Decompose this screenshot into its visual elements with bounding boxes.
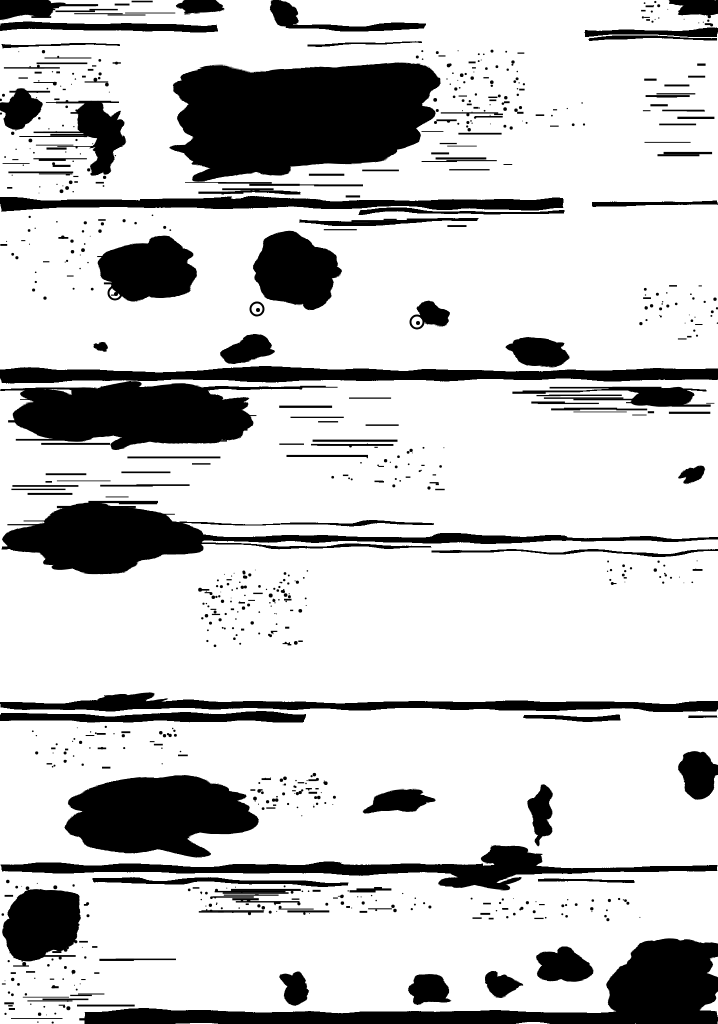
plank-seam <box>0 23 218 31</box>
plank-seam <box>524 715 620 719</box>
grunge-texture-image <box>0 0 718 1024</box>
plank-seam <box>538 880 636 883</box>
plank-seam <box>0 865 482 874</box>
plank-seam <box>165 536 566 542</box>
plank-seam <box>585 29 718 35</box>
plank-seam <box>308 44 424 46</box>
plank-seam <box>0 370 718 381</box>
plank-seam <box>566 537 718 541</box>
plank-seam <box>688 716 718 719</box>
plank-seam <box>0 200 565 209</box>
plank-seam <box>0 714 306 720</box>
plank-seam <box>300 219 480 223</box>
plank-seam <box>430 551 718 553</box>
plank-seam <box>595 202 718 207</box>
plank-seam <box>93 879 348 883</box>
ring-doodle-center <box>256 308 260 312</box>
plank-seam <box>283 24 424 30</box>
plank-seam <box>222 193 300 196</box>
plank-seam <box>590 37 718 40</box>
ring-doodle-center <box>114 292 118 296</box>
texture-svg <box>0 0 718 1024</box>
plank-seam <box>180 523 432 525</box>
plank-seam <box>0 44 120 46</box>
plank-seam <box>359 211 565 214</box>
ring-doodle-center <box>416 321 420 325</box>
